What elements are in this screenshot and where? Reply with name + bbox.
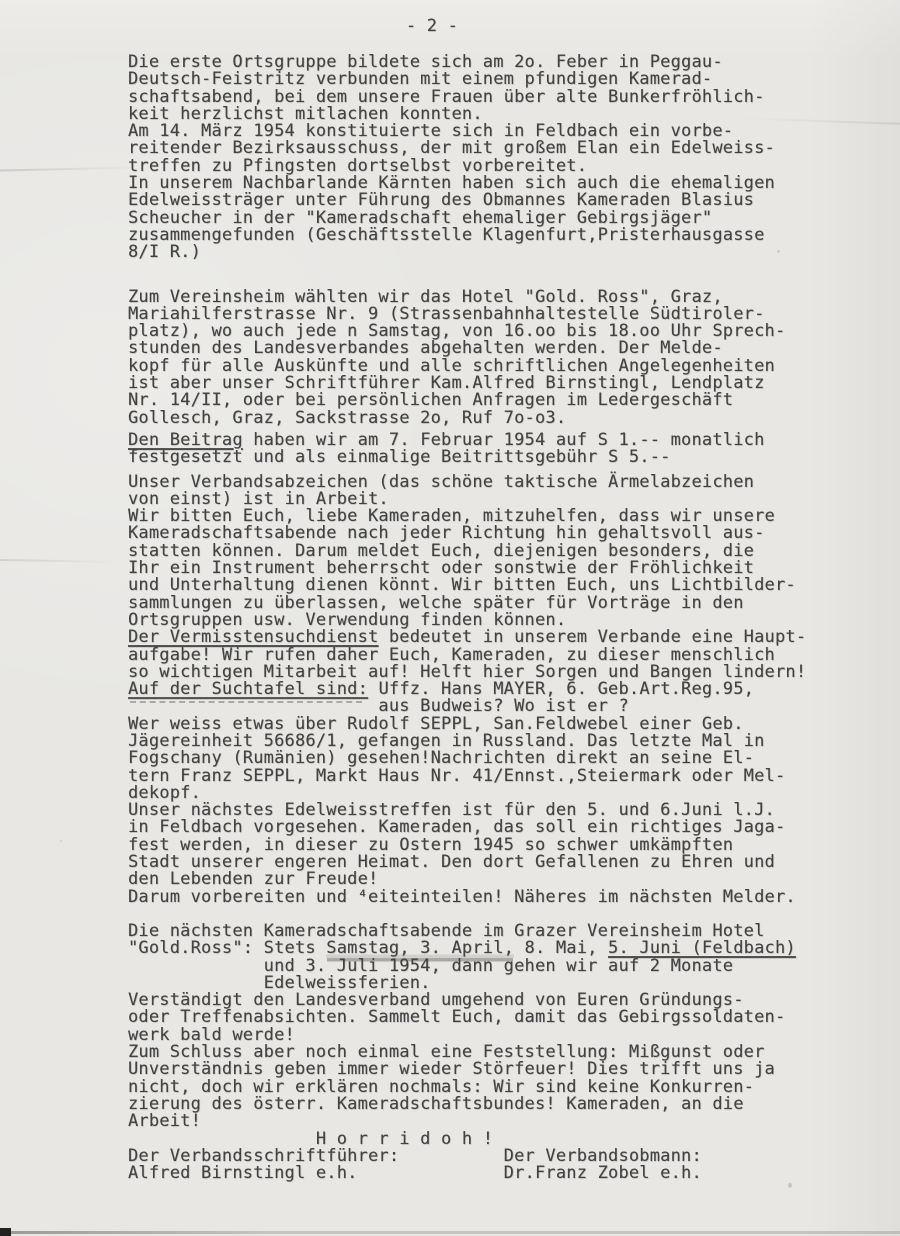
text-segment: festgesetzt und als einmalige Beitrittsg… (128, 447, 671, 467)
opening-paragraph: Die erste Ortsgruppe bildete sich am 2o.… (128, 54, 840, 262)
document-body: Die erste Ortsgruppe bildete sich am 2o.… (0, 54, 900, 1182)
text-line: Alfred Birnstingl e.h. Dr.Franz Zobel e.… (128, 1165, 840, 1182)
paper-speckle (788, 1183, 792, 1188)
paper-speckle (777, 250, 780, 253)
closing-paragraph: Die nächsten Kameradschaftsabende im Gra… (128, 923, 840, 1182)
text-line: 8/I R.) (128, 244, 840, 261)
scan-corner-mark (0, 1228, 11, 1236)
text-line: Darum vorbereiten und ⁴eiteinteilen! Näh… (128, 889, 840, 906)
text-line: zierung des österr. Kameradschaftsbundes… (128, 1096, 840, 1113)
text-segment: Alfred Birnstingl e.h. Dr.Franz Zobel e.… (128, 1163, 702, 1183)
text-line: tern Franz SEPPL, Markt Haus Nr. 41/Enns… (128, 768, 840, 785)
scanned-document-page: - 2 - Die erste Ortsgruppe bildete sich … (0, 0, 900, 1236)
vereinsheim-paragraph: Zum Vereinsheim wählten wir das Hotel "G… (128, 289, 840, 427)
scan-edge-line (0, 1231, 900, 1234)
text-segment: Darum vorbereiten und ⁴eiteinteilen! Näh… (128, 887, 796, 907)
text-segment: Gollesch, Graz, Sackstrasse 2o, Ruf 7o-o… (128, 408, 566, 428)
aufrufe-paragraph: Unser Verbandsabzeichen (das schöne takt… (128, 474, 840, 906)
text-line: festgesetzt und als einmalige Beitrittsg… (128, 449, 840, 466)
text-segment: zierung des österr. Kameradschaftsbundes… (128, 1094, 744, 1114)
text-segment: zusammengefunden (Geschäftsstelle Klagen… (128, 225, 765, 245)
text-segment: 8/I R.) (128, 242, 201, 262)
paper-speckle (60, 840, 62, 842)
text-line: Gollesch, Graz, Sackstrasse 2o, Ruf 7o-o… (128, 410, 840, 427)
underlined-phrase: Auf der Suchtafel sind: (128, 679, 368, 699)
text-line: zusammengefunden (Geschäftsstelle Klagen… (128, 227, 840, 244)
page-number: - 2 - (0, 0, 882, 36)
beitrag-paragraph: Den Beitrag haben wir am 7. Februar 1954… (128, 432, 840, 467)
text-segment: tern Franz SEPPL, Markt Haus Nr. 41/Enns… (128, 766, 785, 786)
